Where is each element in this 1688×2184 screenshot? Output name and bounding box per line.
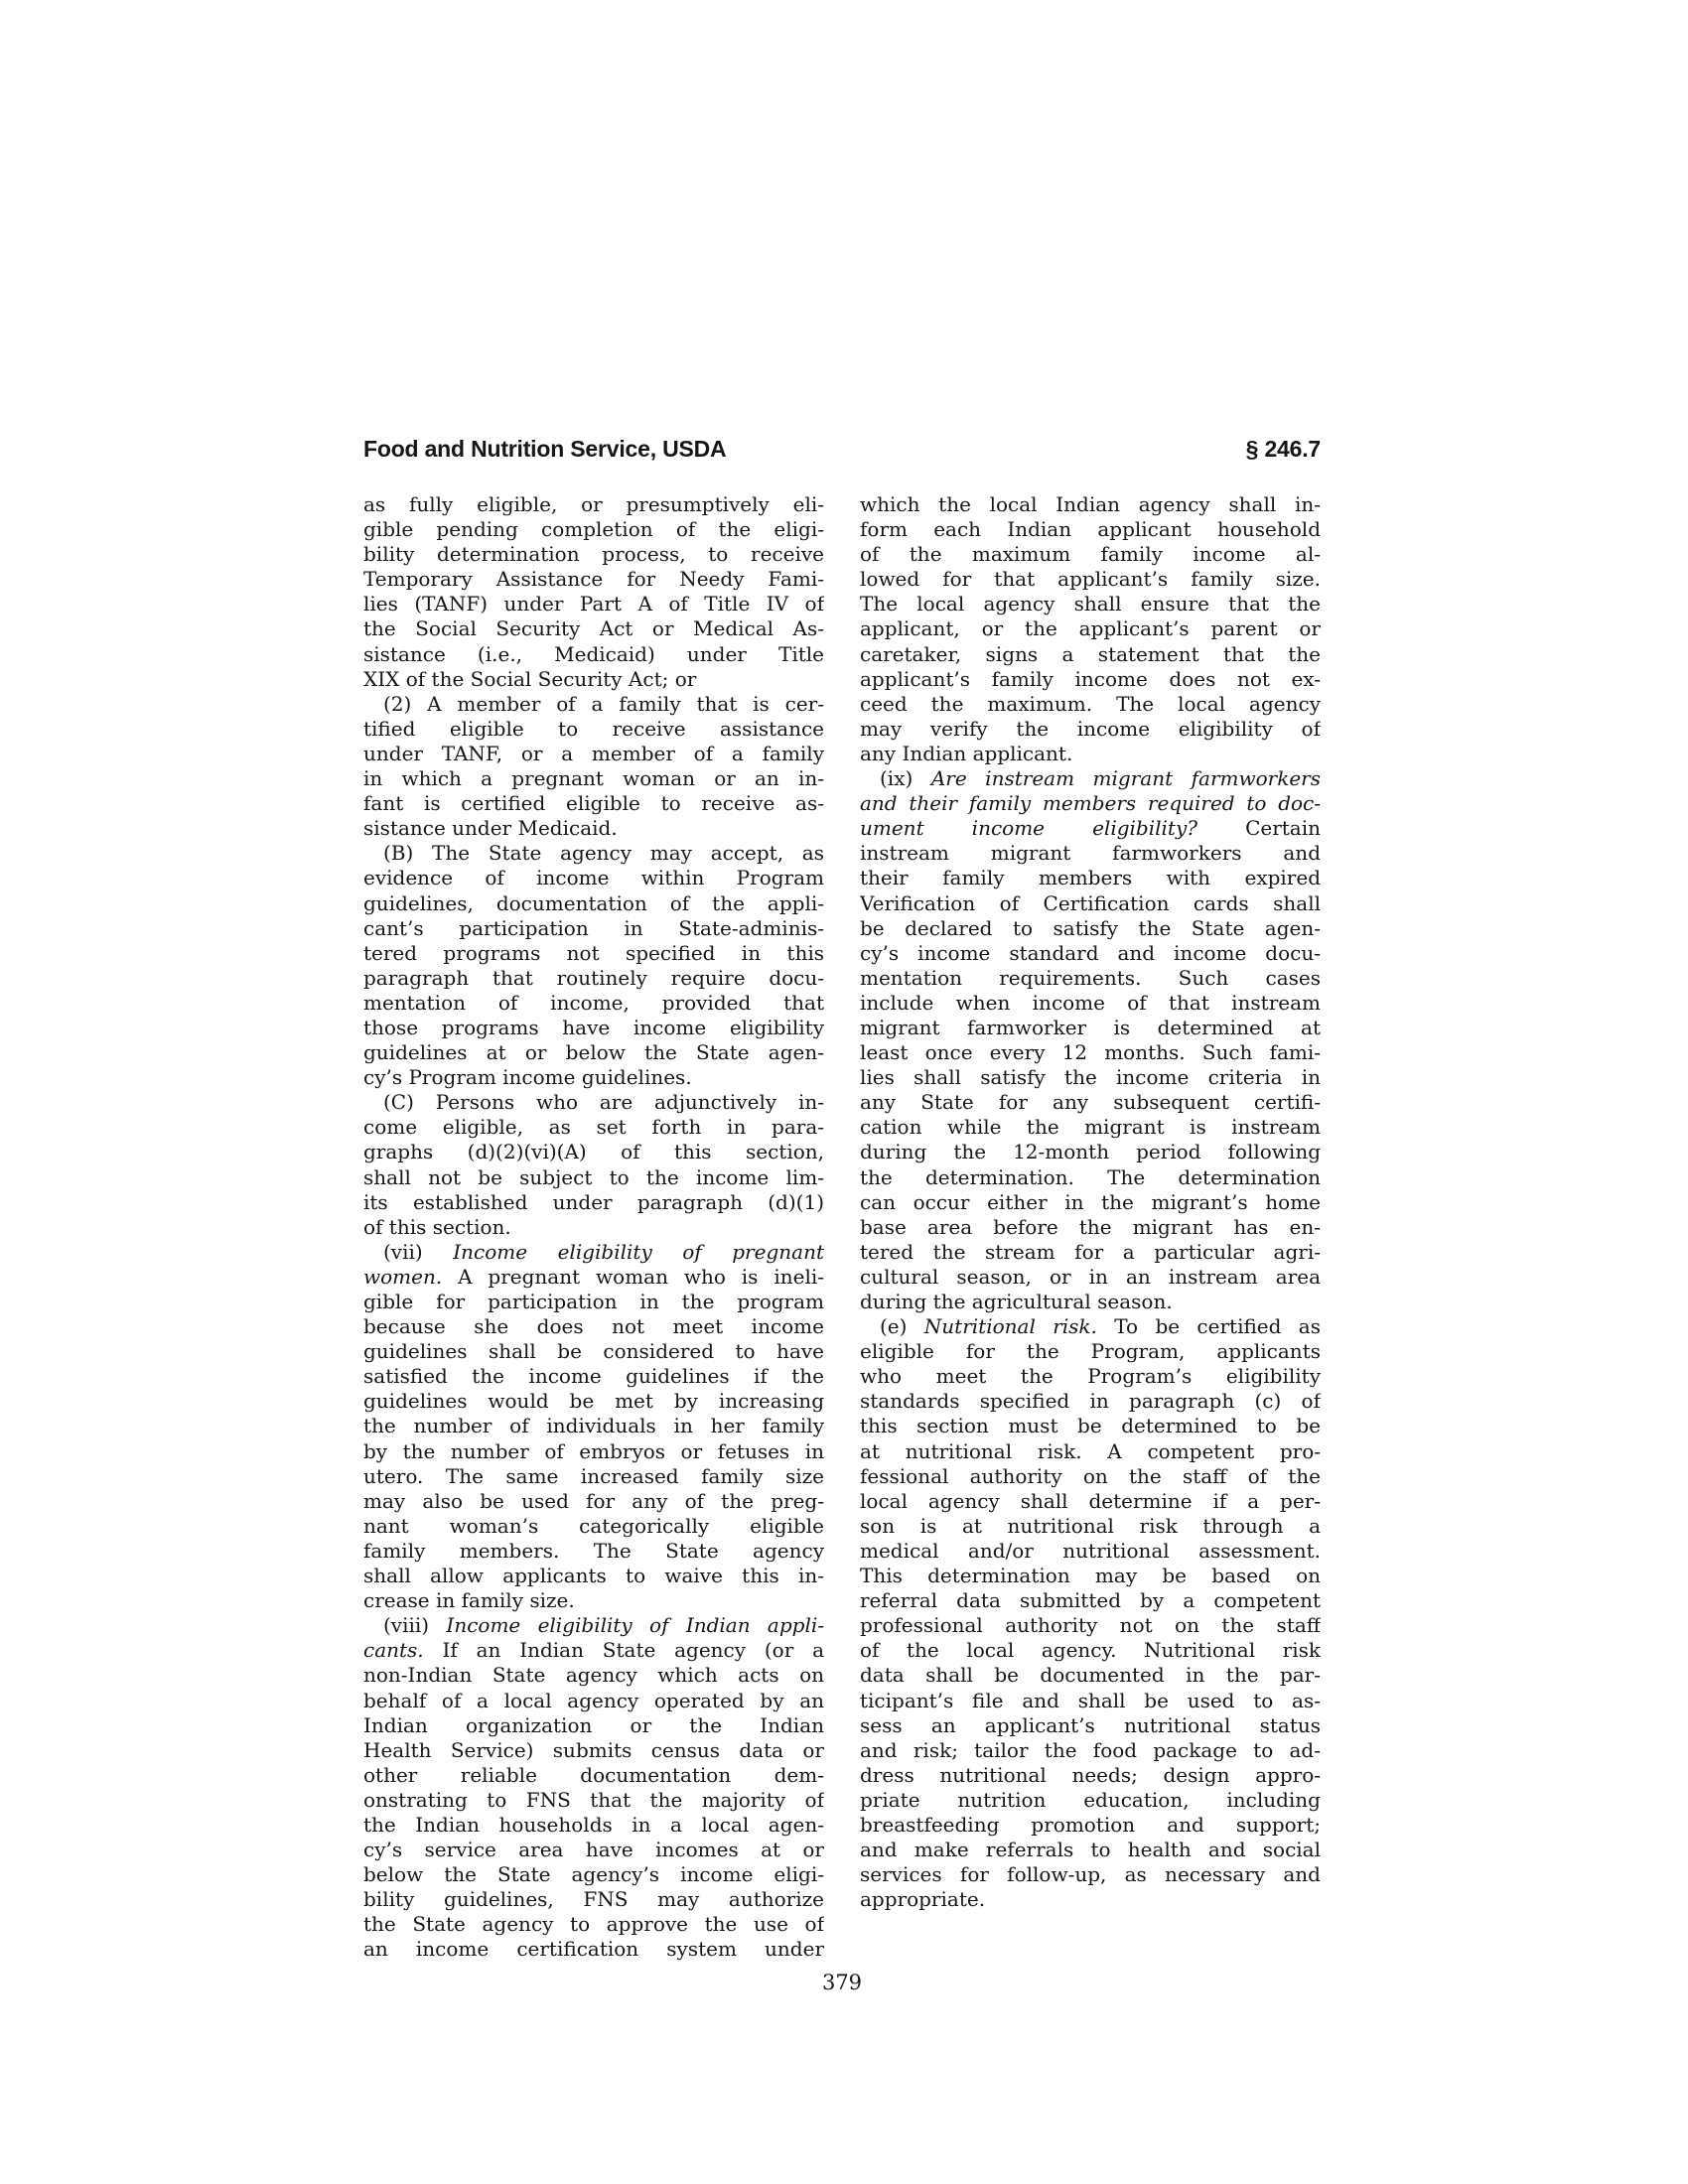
- text-line: lies (TANF) under Part A of Title IV of: [363, 592, 824, 616]
- text-segment: cy’s Program income guidelines.: [363, 1065, 692, 1089]
- text-line: cultural season, or in an instream area: [860, 1265, 1321, 1290]
- text-line: lies shall satisfy the income criteria i…: [860, 1065, 1321, 1090]
- text-line: (C) Persons who are adjunctively in-: [363, 1090, 824, 1115]
- header-agency-title: Food and Nutrition Service, USDA: [363, 435, 726, 463]
- text-segment: appropriate.: [860, 1887, 985, 1911]
- text-line: sistance (i.e., Medicaid) under Title: [363, 642, 824, 667]
- text-segment: under TANF, or a member of a family: [363, 742, 824, 765]
- text-line: cy’s income standard and income docu-: [860, 941, 1321, 966]
- text-segment: other reliable documentation dem-: [363, 1763, 824, 1787]
- text-segment: XIX of the Social Security Act; or: [363, 667, 696, 691]
- text-line: gible for participation in the program: [363, 1290, 824, 1314]
- text-line: at nutritional risk. A competent pro-: [860, 1439, 1321, 1464]
- text-block: Food and Nutrition Service, USDA § 246.7…: [363, 435, 1321, 1963]
- text-segment: include when income of that instream: [860, 991, 1321, 1015]
- italic-text-segment: Nutritional risk.: [924, 1314, 1097, 1338]
- text-line: satisfied the income guidelines if the: [363, 1364, 824, 1389]
- text-segment: Temporary Assistance for Needy Fami-: [363, 567, 824, 591]
- text-segment: the number of individuals in her family: [363, 1414, 824, 1437]
- text-line: (B) The State agency may accept, as: [363, 841, 824, 866]
- italic-text-segment: ument income eligibility?: [860, 816, 1197, 840]
- text-line: The local agency shall ensure that the: [860, 592, 1321, 616]
- text-line: of the maximum family income al-: [860, 542, 1321, 567]
- text-line: mentation of income, provided that: [363, 991, 824, 1016]
- text-line: services for follow-up, as necessary and: [860, 1862, 1321, 1887]
- text-line: Temporary Assistance for Needy Fami-: [363, 567, 824, 592]
- text-segment: mentation requirements. Such cases: [860, 966, 1321, 990]
- text-segment: satisfied the income guidelines if the: [363, 1364, 824, 1388]
- text-line: of this section.: [363, 1215, 824, 1240]
- text-segment: and make referrals to health and social: [860, 1838, 1321, 1861]
- text-line: fant is certified eligible to receive as…: [363, 791, 824, 816]
- text-line: priate nutrition education, including: [860, 1788, 1321, 1813]
- text-segment: bility determination process, to receive: [363, 542, 824, 566]
- text-segment: If an Indian State agency (or a: [424, 1638, 824, 1662]
- text-segment: local agency shall determine if a per-: [860, 1489, 1321, 1513]
- text-segment: can occur either in the migrant’s home: [860, 1190, 1321, 1214]
- text-segment: base area before the migrant has en-: [860, 1215, 1321, 1239]
- text-segment: may verify the income eligibility of: [860, 717, 1321, 741]
- text-segment: medical and/or nutritional assessment.: [860, 1539, 1321, 1563]
- text-line: XIX of the Social Security Act; or: [363, 667, 824, 692]
- text-segment: sess an applicant’s nutritional status: [860, 1713, 1321, 1737]
- text-segment: sistance (i.e., Medicaid) under Title: [363, 642, 824, 666]
- text-line: appropriate.: [860, 1887, 1321, 1912]
- text-segment: eligible for the Program, applicants: [860, 1339, 1321, 1363]
- text-segment: and risk; tailor the food package to ad-: [860, 1738, 1321, 1762]
- text-segment: at nutritional risk. A competent pro-: [860, 1439, 1321, 1463]
- text-segment: fessional authority on the staff of the: [860, 1464, 1321, 1488]
- text-segment: during the agricultural season.: [860, 1290, 1173, 1313]
- text-line: cy’s service area have incomes at or: [363, 1838, 824, 1862]
- text-segment: (C) Persons who are adjunctively in-: [383, 1090, 824, 1114]
- text-line: referral data submitted by a competent: [860, 1588, 1321, 1613]
- text-segment: standards specified in paragraph (c) of: [860, 1389, 1321, 1413]
- text-segment: tered the stream for a particular agri-: [860, 1240, 1321, 1264]
- text-segment: which the local Indian agency shall in-: [860, 492, 1321, 516]
- text-segment: professional authority not on the staff: [860, 1613, 1321, 1637]
- text-line: fessional authority on the staff of the: [860, 1464, 1321, 1489]
- text-segment: as fully eligible, or presumptively eli-: [363, 492, 824, 516]
- text-segment: by the number of embryos or fetuses in: [363, 1439, 824, 1463]
- text-line: as fully eligible, or presumptively eli-: [363, 492, 824, 517]
- text-segment: cy’s income standard and income docu-: [860, 941, 1321, 965]
- text-line: Health Service) submits census data or: [363, 1738, 824, 1763]
- text-segment: ceed the maximum. The local agency: [860, 692, 1321, 716]
- text-segment: Health Service) submits census data or: [363, 1738, 824, 1762]
- text-line: because she does not meet income: [363, 1314, 824, 1339]
- running-header: Food and Nutrition Service, USDA § 246.7: [363, 435, 1321, 463]
- paragraph: (C) Persons who are adjunctively in-come…: [363, 1090, 824, 1240]
- text-line: ument income eligibility? Certain: [860, 816, 1321, 841]
- text-segment: applicant’s family income does not ex-: [860, 667, 1321, 691]
- text-line: tified eligible to receive assistance: [363, 717, 824, 742]
- text-segment: lies shall satisfy the income criteria i…: [860, 1065, 1321, 1089]
- paragraph: as fully eligible, or presumptively eli-…: [363, 492, 824, 692]
- text-line: guidelines shall be considered to have: [363, 1339, 824, 1364]
- text-line: least once every 12 months. Such fami-: [860, 1040, 1321, 1065]
- text-line: applicant, or the applicant’s parent or: [860, 616, 1321, 641]
- text-line: tered programs not specified in this: [363, 941, 824, 966]
- text-segment: breastfeeding promotion and support;: [860, 1813, 1321, 1837]
- text-line: may also be used for any of the preg-: [363, 1489, 824, 1514]
- text-line: graphs (d)(2)(vi)(A) of this section,: [363, 1140, 824, 1164]
- text-segment: the State agency to approve the use of: [363, 1912, 824, 1936]
- text-line: evidence of income within Program: [363, 866, 824, 890]
- text-line: (vii) Income eligibility of pregnant: [363, 1240, 824, 1265]
- text-line: family members. The State agency: [363, 1539, 824, 1564]
- text-line: (ix) Are instream migrant farmworkers: [860, 766, 1321, 791]
- text-segment: its established under paragraph (d)(1): [363, 1190, 824, 1214]
- text-segment: shall allow applicants to waive this in-: [363, 1564, 824, 1587]
- text-line: This determination may be based on: [860, 1564, 1321, 1588]
- text-line: and their family members required to doc…: [860, 791, 1321, 816]
- text-line: the number of individuals in her family: [363, 1414, 824, 1438]
- text-line: guidelines would be met by increasing: [363, 1389, 824, 1414]
- text-line: cy’s Program income guidelines.: [363, 1065, 824, 1090]
- text-line: during the agricultural season.: [860, 1290, 1321, 1314]
- text-segment: gible for participation in the program: [363, 1290, 824, 1313]
- paragraph: (ix) Are instream migrant farmworkersand…: [860, 766, 1321, 1314]
- italic-text-segment: cants.: [363, 1638, 424, 1662]
- text-line: behalf of a local agency operated by an: [363, 1689, 824, 1713]
- text-line: the determination. The determination: [860, 1165, 1321, 1190]
- text-line: tered the stream for a particular agri-: [860, 1240, 1321, 1265]
- text-segment: A pregnant woman who is ineli-: [442, 1265, 824, 1289]
- text-segment: tered programs not specified in this: [363, 941, 824, 965]
- text-line: lowed for that applicant’s family size.: [860, 567, 1321, 592]
- text-segment: non-Indian State agency which acts on: [363, 1663, 824, 1687]
- text-line: local agency shall determine if a per-: [860, 1489, 1321, 1514]
- paragraph: (B) The State agency may accept, asevide…: [363, 841, 824, 1090]
- text-segment: (2) A member of a family that is cer-: [383, 692, 824, 716]
- text-segment: bility guidelines, FNS may authorize: [363, 1887, 824, 1911]
- text-segment: (e): [880, 1314, 924, 1338]
- text-segment: priate nutrition education, including: [860, 1788, 1321, 1812]
- text-line: son is at nutritional risk through a: [860, 1514, 1321, 1539]
- text-line: utero. The same increased family size: [363, 1464, 824, 1489]
- text-segment: instream migrant farmworkers and: [860, 841, 1321, 865]
- text-line: the Indian households in a local agen-: [363, 1813, 824, 1838]
- text-segment: migrant farmworker is determined at: [860, 1016, 1321, 1039]
- text-segment: of the maximum family income al-: [860, 542, 1321, 566]
- text-line: bility determination process, to receive: [363, 542, 824, 567]
- text-segment: graphs (d)(2)(vi)(A) of this section,: [363, 1140, 824, 1163]
- text-line: of the local agency. Nutritional risk: [860, 1638, 1321, 1663]
- text-line: crease in family size.: [363, 1588, 824, 1613]
- text-line: eligible for the Program, applicants: [860, 1339, 1321, 1364]
- page-number: 379: [363, 1970, 1321, 1995]
- text-segment: utero. The same increased family size: [363, 1464, 824, 1488]
- text-segment: ticipant’s file and shall be used to as-: [860, 1689, 1321, 1712]
- text-line: an income certification system under: [363, 1937, 824, 1962]
- text-segment: of this section.: [363, 1215, 511, 1239]
- text-line: which the local Indian agency shall in-: [860, 492, 1321, 517]
- text-line: the Social Security Act or Medical As-: [363, 616, 824, 641]
- text-line: in which a pregnant woman or an in-: [363, 766, 824, 791]
- text-segment: (B) The State agency may accept, as: [383, 841, 824, 865]
- text-line: (viii) Income eligibility of Indian appl…: [363, 1613, 824, 1638]
- text-line: below the State agency’s income eligi-: [363, 1862, 824, 1887]
- text-segment: crease in family size.: [363, 1588, 575, 1612]
- text-line: women. A pregnant woman who is ineli-: [363, 1265, 824, 1290]
- text-segment: those programs have income eligibility: [363, 1016, 824, 1039]
- text-line: onstrating to FNS that the majority of: [363, 1788, 824, 1813]
- text-segment: evidence of income within Program: [363, 866, 824, 889]
- text-line: under TANF, or a member of a family: [363, 742, 824, 766]
- text-segment: fant is certified eligible to receive as…: [363, 791, 824, 815]
- text-line: (2) A member of a family that is cer-: [363, 692, 824, 717]
- text-segment: any Indian applicant.: [860, 742, 1072, 765]
- text-line: paragraph that routinely require docu-: [363, 966, 824, 991]
- text-segment: shall not be subject to the income lim-: [363, 1165, 824, 1189]
- text-line: and make referrals to health and social: [860, 1838, 1321, 1862]
- text-line: caretaker, signs a statement that the: [860, 642, 1321, 667]
- text-line: and risk; tailor the food package to ad-: [860, 1738, 1321, 1763]
- text-segment: the Social Security Act or Medical As-: [363, 616, 824, 640]
- text-line: guidelines, documentation of the appli-: [363, 891, 824, 916]
- text-line: include when income of that instream: [860, 991, 1321, 1016]
- text-line: its established under paragraph (d)(1): [363, 1190, 824, 1215]
- italic-text-segment: Income eligibility of Indian appli-: [446, 1613, 824, 1637]
- text-line: can occur either in the migrant’s home: [860, 1190, 1321, 1215]
- text-segment: guidelines, documentation of the appli-: [363, 891, 824, 915]
- text-segment: sistance under Medicaid.: [363, 816, 618, 840]
- text-segment: cant’s participation in State-adminis-: [363, 916, 824, 940]
- paragraph: (e) Nutritional risk. To be certified as…: [860, 1314, 1321, 1912]
- text-segment: guidelines would be met by increasing: [363, 1389, 824, 1413]
- text-segment: the determination. The determination: [860, 1165, 1321, 1189]
- text-line: shall allow applicants to waive this in-: [363, 1564, 824, 1588]
- text-segment: who meet the Program’s eligibility: [860, 1364, 1321, 1388]
- text-segment: because she does not meet income: [363, 1314, 824, 1338]
- text-segment: data shall be documented in the par-: [860, 1663, 1321, 1687]
- text-line: ceed the maximum. The local agency: [860, 692, 1321, 717]
- text-segment: gible pending completion of the eligi-: [363, 517, 824, 541]
- italic-text-segment: Are instream migrant farmworkers: [931, 766, 1321, 790]
- right-column: which the local Indian agency shall in-f…: [860, 492, 1321, 1963]
- left-column: as fully eligible, or presumptively eli-…: [363, 492, 824, 1963]
- text-line: mentation requirements. Such cases: [860, 966, 1321, 991]
- text-segment: onstrating to FNS that the majority of: [363, 1788, 824, 1812]
- cfr-page: Food and Nutrition Service, USDA § 246.7…: [0, 0, 1688, 2184]
- text-line: ticipant’s file and shall be used to as-: [860, 1689, 1321, 1713]
- italic-text-segment: women.: [363, 1265, 442, 1289]
- text-segment: The local agency shall ensure that the: [860, 592, 1321, 615]
- text-line: base area before the migrant has en-: [860, 1215, 1321, 1240]
- text-line: shall not be subject to the income lim-: [363, 1165, 824, 1190]
- text-line: bility guidelines, FNS may authorize: [363, 1887, 824, 1912]
- text-segment: lies (TANF) under Part A of Title IV of: [363, 592, 824, 615]
- text-segment: paragraph that routinely require docu-: [363, 966, 824, 990]
- text-segment: dress nutritional needs; design appro-: [860, 1763, 1321, 1787]
- text-segment: during the 12-month period following: [860, 1140, 1321, 1163]
- text-line: guidelines at or below the State agen-: [363, 1040, 824, 1065]
- text-line: instream migrant farmworkers and: [860, 841, 1321, 866]
- text-segment: may also be used for any of the preg-: [363, 1489, 824, 1513]
- text-segment: (ix): [880, 766, 931, 790]
- text-line: sess an applicant’s nutritional status: [860, 1713, 1321, 1738]
- text-segment: caretaker, signs a statement that the: [860, 642, 1321, 666]
- text-line: (e) Nutritional risk. To be certified as: [860, 1314, 1321, 1339]
- text-segment: guidelines at or below the State agen-: [363, 1040, 824, 1064]
- text-line: sistance under Medicaid.: [363, 816, 824, 841]
- header-section-number: § 246.7: [1246, 435, 1321, 463]
- text-line: migrant farmworker is determined at: [860, 1016, 1321, 1040]
- text-line: be declared to satisfy the State agen-: [860, 916, 1321, 941]
- text-segment: least once every 12 months. Such fami-: [860, 1040, 1321, 1064]
- text-segment: guidelines shall be considered to have: [363, 1339, 824, 1363]
- text-segment: family members. The State agency: [363, 1539, 824, 1563]
- text-segment: in which a pregnant woman or an in-: [363, 766, 824, 790]
- text-line: this section must be determined to be: [860, 1414, 1321, 1438]
- text-line: Verification of Certification cards shal…: [860, 891, 1321, 916]
- text-line: applicant’s family income does not ex-: [860, 667, 1321, 692]
- text-line: professional authority not on the staff: [860, 1613, 1321, 1638]
- text-line: breastfeeding promotion and support;: [860, 1813, 1321, 1838]
- text-segment: cation while the migrant is instream: [860, 1115, 1321, 1139]
- text-segment: behalf of a local agency operated by an: [363, 1689, 824, 1712]
- text-line: Indian organization or the Indian: [363, 1713, 824, 1738]
- text-line: data shall be documented in the par-: [860, 1663, 1321, 1688]
- text-segment: applicant, or the applicant’s parent or: [860, 616, 1321, 640]
- text-line: any State for any subsequent certifi-: [860, 1090, 1321, 1115]
- text-segment: an income certification system under: [363, 1937, 824, 1961]
- text-segment: (viii): [383, 1613, 446, 1637]
- text-segment: Verification of Certification cards shal…: [860, 891, 1321, 915]
- text-segment: this section must be determined to be: [860, 1414, 1321, 1437]
- text-segment: Certain: [1197, 816, 1321, 840]
- text-line: form each Indian applicant household: [860, 517, 1321, 542]
- text-line: non-Indian State agency which acts on: [363, 1663, 824, 1688]
- text-line: gible pending completion of the eligi-: [363, 517, 824, 542]
- text-segment: tified eligible to receive assistance: [363, 717, 824, 741]
- text-line: cants. If an Indian State agency (or a: [363, 1638, 824, 1663]
- text-segment: son is at nutritional risk through a: [860, 1514, 1321, 1538]
- paragraph: (2) A member of a family that is cer-tif…: [363, 692, 824, 842]
- text-segment: Indian organization or the Indian: [363, 1713, 824, 1737]
- text-segment: To be certified as: [1097, 1314, 1321, 1338]
- two-column-body: as fully eligible, or presumptively eli-…: [363, 492, 1321, 1963]
- text-segment: be declared to satisfy the State agen-: [860, 916, 1321, 940]
- text-segment: nant woman’s categorically eligible: [363, 1514, 824, 1538]
- text-segment: lowed for that applicant’s family size.: [860, 567, 1321, 591]
- text-line: during the 12-month period following: [860, 1140, 1321, 1164]
- text-line: who meet the Program’s eligibility: [860, 1364, 1321, 1389]
- text-segment: mentation of income, provided that: [363, 991, 824, 1015]
- text-segment: the Indian households in a local agen-: [363, 1813, 824, 1837]
- text-line: their family members with expired: [860, 866, 1321, 890]
- text-line: any Indian applicant.: [860, 742, 1321, 766]
- text-line: standards specified in paragraph (c) of: [860, 1389, 1321, 1414]
- text-line: other reliable documentation dem-: [363, 1763, 824, 1788]
- text-line: those programs have income eligibility: [363, 1016, 824, 1040]
- text-line: cant’s participation in State-adminis-: [363, 916, 824, 941]
- text-line: dress nutritional needs; design appro-: [860, 1763, 1321, 1788]
- text-segment: referral data submitted by a competent: [860, 1588, 1321, 1612]
- text-segment: form each Indian applicant household: [860, 517, 1321, 541]
- text-segment: below the State agency’s income eligi-: [363, 1862, 824, 1886]
- text-line: come eligible, as set forth in para-: [363, 1115, 824, 1140]
- italic-text-segment: Income eligibility of pregnant: [453, 1240, 824, 1264]
- text-segment: cultural season, or in an instream area: [860, 1265, 1321, 1289]
- text-segment: cy’s service area have incomes at or: [363, 1838, 824, 1861]
- text-segment: their family members with expired: [860, 866, 1321, 889]
- text-segment: services for follow-up, as necessary and: [860, 1862, 1321, 1886]
- text-line: by the number of embryos or fetuses in: [363, 1439, 824, 1464]
- text-segment: any State for any subsequent certifi-: [860, 1090, 1321, 1114]
- text-line: may verify the income eligibility of: [860, 717, 1321, 742]
- paragraph: (vii) Income eligibility of pregnantwome…: [363, 1240, 824, 1613]
- text-line: medical and/or nutritional assessment.: [860, 1539, 1321, 1564]
- text-line: nant woman’s categorically eligible: [363, 1514, 824, 1539]
- text-segment: come eligible, as set forth in para-: [363, 1115, 824, 1139]
- text-line: cation while the migrant is instream: [860, 1115, 1321, 1140]
- text-segment: of the local agency. Nutritional risk: [860, 1638, 1321, 1662]
- italic-text-segment: and their family members required to doc…: [860, 791, 1321, 815]
- text-line: the State agency to approve the use of: [363, 1912, 824, 1937]
- text-segment: This determination may be based on: [860, 1564, 1321, 1587]
- paragraph: which the local Indian agency shall in-f…: [860, 492, 1321, 766]
- text-segment: (vii): [383, 1240, 453, 1264]
- paragraph: (viii) Income eligibility of Indian appl…: [363, 1613, 824, 1962]
